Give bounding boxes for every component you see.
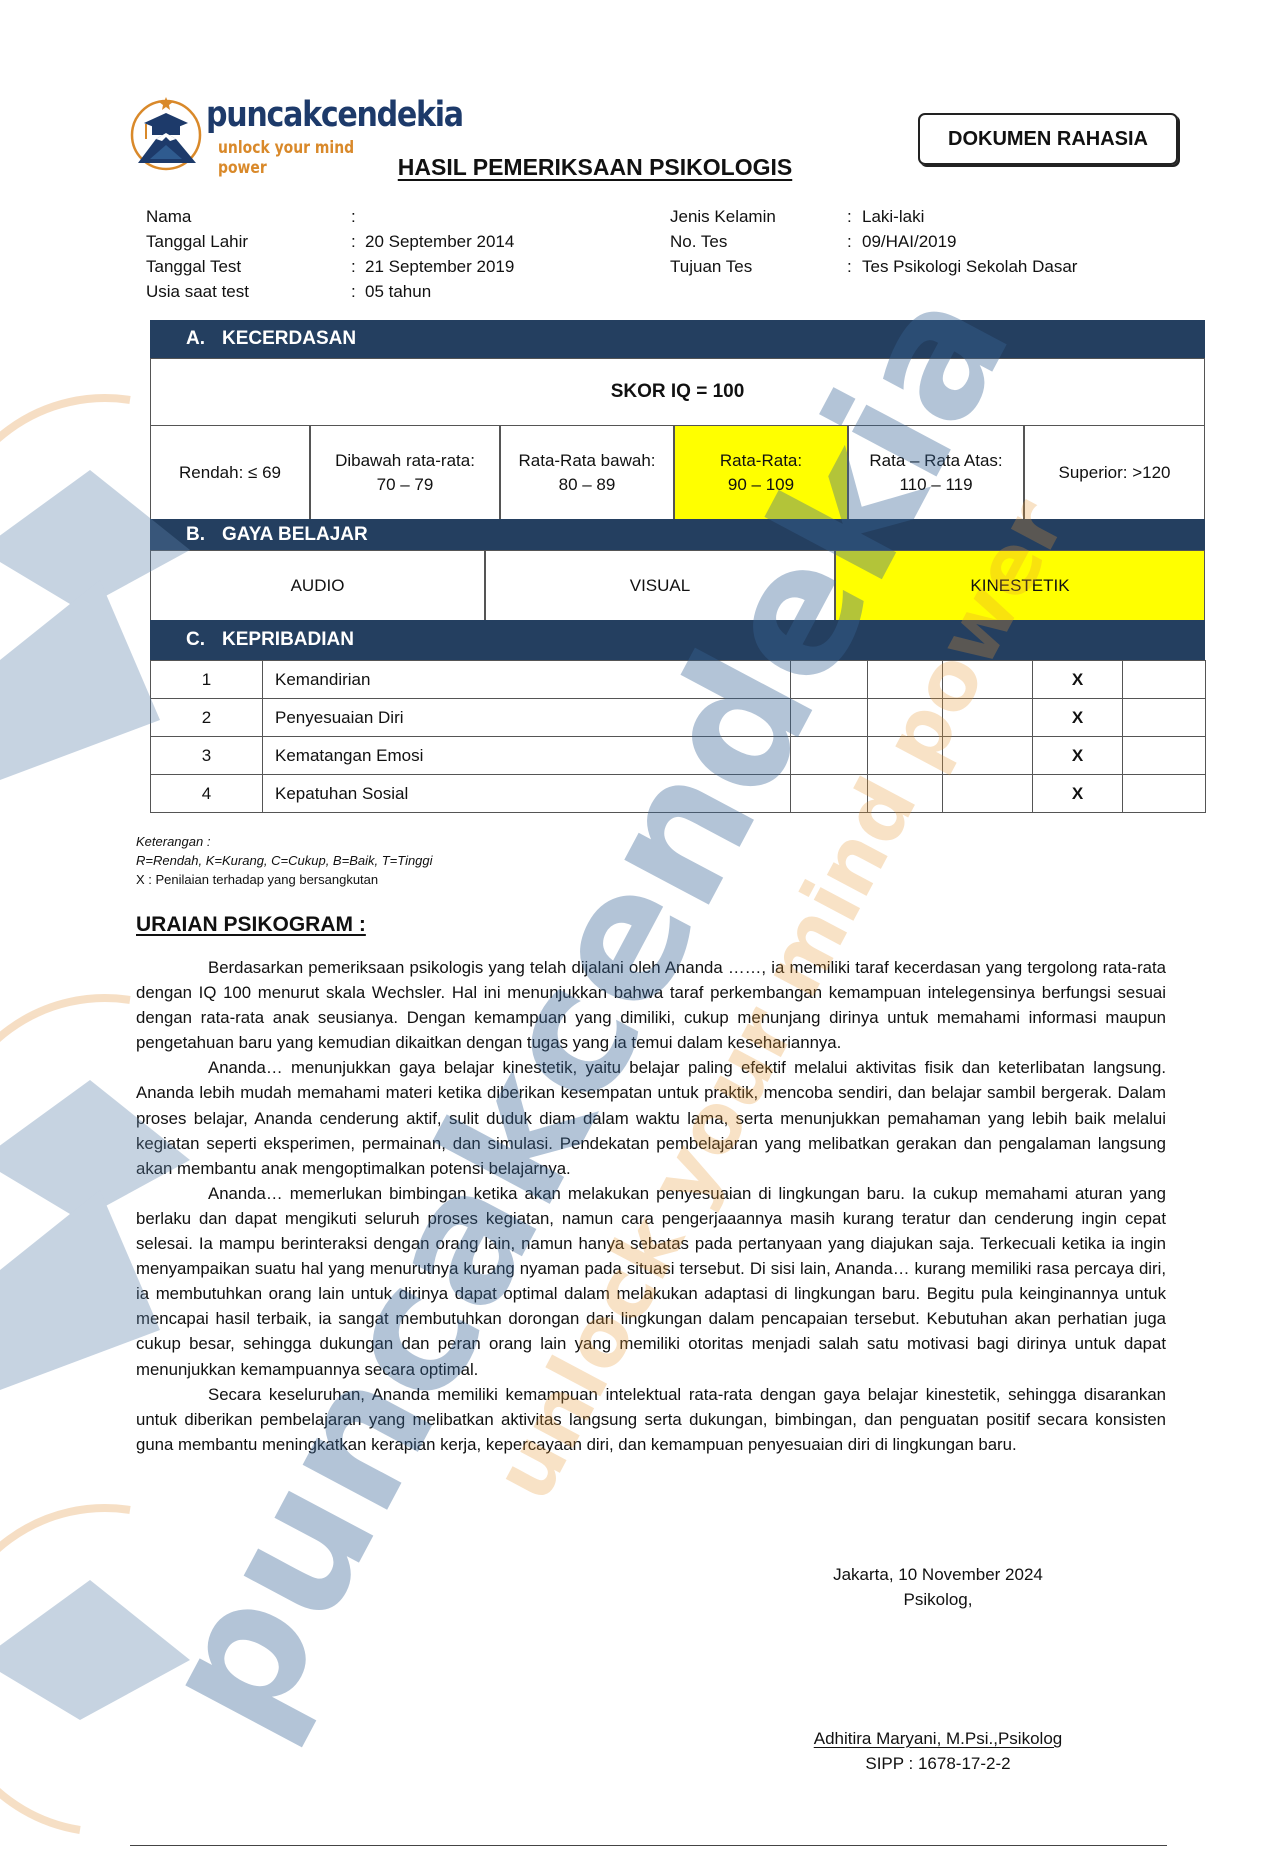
rating-cell: [942, 736, 1033, 775]
legend-title: Keterangan :: [136, 834, 210, 849]
psychogram-title: URAIAN PSIKOGRAM :: [136, 913, 366, 937]
iq-category-cell: Rata-Rata bawah:80 – 89: [500, 425, 674, 520]
footer-divider: [130, 1845, 1167, 1846]
section-header-kepribadian: C. KEPRIBADIAN: [150, 620, 1205, 660]
rating-cell: [790, 774, 868, 813]
iq-category-cell: Rendah: ≤ 69: [150, 425, 310, 520]
iq-category-range: 80 – 89: [518, 473, 655, 497]
rating-cell: [790, 698, 868, 737]
psychogram-body: Berdasarkan pemeriksaan psikologis yang …: [136, 955, 1166, 1457]
section-title: GAYA BELAJAR: [222, 524, 368, 546]
personality-aspect: Kemandirian: [262, 660, 791, 699]
iq-category-name: Rata-Rata bawah:: [518, 449, 655, 473]
iq-category-label: Rata-Rata bawah:80 – 89: [518, 449, 655, 497]
iq-category-label: Superior: >120: [1059, 461, 1171, 485]
iq-category-cell: Superior: >120: [1024, 425, 1205, 520]
section-title: KECERDASAN: [222, 328, 356, 350]
iq-category-cell: Rata-Rata:90 – 109: [674, 425, 848, 520]
field-label-jenis-kelamin: Jenis Kelamin: [670, 204, 776, 229]
brand-name: puncakcendekia: [206, 95, 463, 135]
section-letter: C.: [186, 629, 222, 651]
section-letter: A.: [186, 328, 222, 350]
iq-category-label: Rendah: ≤ 69: [179, 461, 281, 485]
section-header-gaya-belajar: B. GAYA BELAJAR: [150, 519, 1205, 550]
field-label-tanggal-lahir: Tanggal Lahir: [146, 229, 248, 254]
rating-cell: [1122, 774, 1206, 813]
paragraph-learning-style: Ananda… menunjukkan gaya belajar kineste…: [136, 1055, 1166, 1180]
row-number: 3: [150, 736, 263, 775]
iq-category-label: Rata-Rata:90 – 109: [720, 449, 802, 497]
personality-aspect: Kepatuhan Sosial: [262, 774, 791, 813]
learning-style-option: KINESTETIK: [835, 550, 1205, 621]
rating-cell: [867, 736, 943, 775]
field-label-nama: Nama: [146, 204, 191, 229]
rating-cell: [790, 736, 868, 775]
field-separator: :: [351, 229, 356, 254]
learning-style-option: AUDIO: [150, 550, 485, 621]
field-separator: :: [847, 229, 852, 254]
iq-category-label: Rata – Rata Atas:110 – 119: [869, 449, 1002, 497]
signer-name: Adhitira Maryani, M.Psi.,Psikolog: [758, 1726, 1118, 1751]
iq-category-cell: Dibawah rata-rata:70 – 79: [310, 425, 500, 520]
document-title: HASIL PEMERIKSAAN PSIKOLOGIS: [0, 154, 1190, 181]
rating-cell: [790, 660, 868, 699]
row-number: 4: [150, 774, 263, 813]
field-value-usia: 05 tahun: [365, 279, 431, 304]
iq-category-name: Rendah: ≤ 69: [179, 461, 281, 485]
rating-mark: X: [1032, 698, 1123, 737]
iq-category-range: 110 – 119: [869, 473, 1002, 497]
section-letter: B.: [186, 524, 222, 546]
paragraph-personality: Ananda… memerlukan bimbingan ketika akan…: [136, 1181, 1166, 1382]
field-label-tanggal-test: Tanggal Test: [146, 254, 241, 279]
iq-category-name: Superior: >120: [1059, 461, 1171, 485]
rating-cell: [1122, 660, 1206, 699]
field-label-usia: Usia saat test: [146, 279, 249, 304]
personality-aspect: Penyesuaian Diri: [262, 698, 791, 737]
field-separator: :: [351, 254, 356, 279]
field-value-tanggal-test: 21 September 2019: [365, 254, 514, 279]
rating-cell: [867, 774, 943, 813]
row-number: 1: [150, 660, 263, 699]
signature-footer: Adhitira Maryani, M.Psi.,Psikolog SIPP :…: [758, 1726, 1118, 1776]
iq-category-name: Dibawah rata-rata:: [335, 449, 475, 473]
signer-license: SIPP : 1678-17-2-2: [758, 1751, 1118, 1776]
section-title: KEPRIBADIAN: [222, 629, 354, 651]
field-separator: :: [351, 279, 356, 304]
field-separator: :: [847, 254, 852, 279]
rating-cell: [942, 774, 1033, 813]
field-value-jenis-kelamin: Laki-laki: [862, 204, 924, 229]
field-label-no-tes: No. Tes: [670, 229, 727, 254]
iq-category-name: Rata – Rata Atas:: [869, 449, 1002, 473]
personality-aspect: Kematangan Emosi: [262, 736, 791, 775]
iq-category-range: 90 – 109: [720, 473, 802, 497]
rating-mark: X: [1032, 660, 1123, 699]
field-label-tujuan-tes: Tujuan Tes: [670, 254, 752, 279]
field-separator: :: [351, 204, 356, 229]
row-number: 2: [150, 698, 263, 737]
rating-cell: [942, 660, 1033, 699]
rating-cell: [867, 698, 943, 737]
iq-category-cell: Rata – Rata Atas:110 – 119: [848, 425, 1024, 520]
legend-mark-note: X : Penilaian terhadap yang bersangkutan: [136, 870, 433, 889]
rating-mark: X: [1032, 774, 1123, 813]
rating-cell: [1122, 698, 1206, 737]
rating-cell: [942, 698, 1033, 737]
place-date: Jakarta, 10 November 2024: [758, 1562, 1118, 1587]
signer-role: Psikolog,: [758, 1587, 1118, 1612]
iq-score: SKOR IQ = 100: [150, 358, 1205, 426]
iq-category-range: 70 – 79: [335, 473, 475, 497]
field-value-tanggal-lahir: 20 September 2014: [365, 229, 514, 254]
paragraph-conclusion: Secara keseluruhan, Ananda memiliki kema…: [136, 1382, 1166, 1457]
section-header-kecerdasan: A. KECERDASAN: [150, 320, 1205, 358]
field-value-tujuan-tes: Tes Psikologi Sekolah Dasar: [862, 254, 1077, 279]
paragraph-intelligence: Berdasarkan pemeriksaan psikologis yang …: [136, 955, 1166, 1055]
field-separator: :: [847, 204, 852, 229]
signature-header: Jakarta, 10 November 2024 Psikolog,: [758, 1562, 1118, 1612]
iq-category-label: Dibawah rata-rata:70 – 79: [335, 449, 475, 497]
legend-rating-scale: R=Rendah, K=Kurang, C=Cukup, B=Baik, T=T…: [136, 853, 433, 868]
learning-style-option: VISUAL: [485, 550, 835, 621]
field-value-no-tes: 09/HAI/2019: [862, 229, 957, 254]
rating-cell: [1122, 736, 1206, 775]
rating-cell: [867, 660, 943, 699]
legend-block: Keterangan : R=Rendah, K=Kurang, C=Cukup…: [136, 832, 433, 889]
iq-category-name: Rata-Rata:: [720, 449, 802, 473]
rating-mark: X: [1032, 736, 1123, 775]
